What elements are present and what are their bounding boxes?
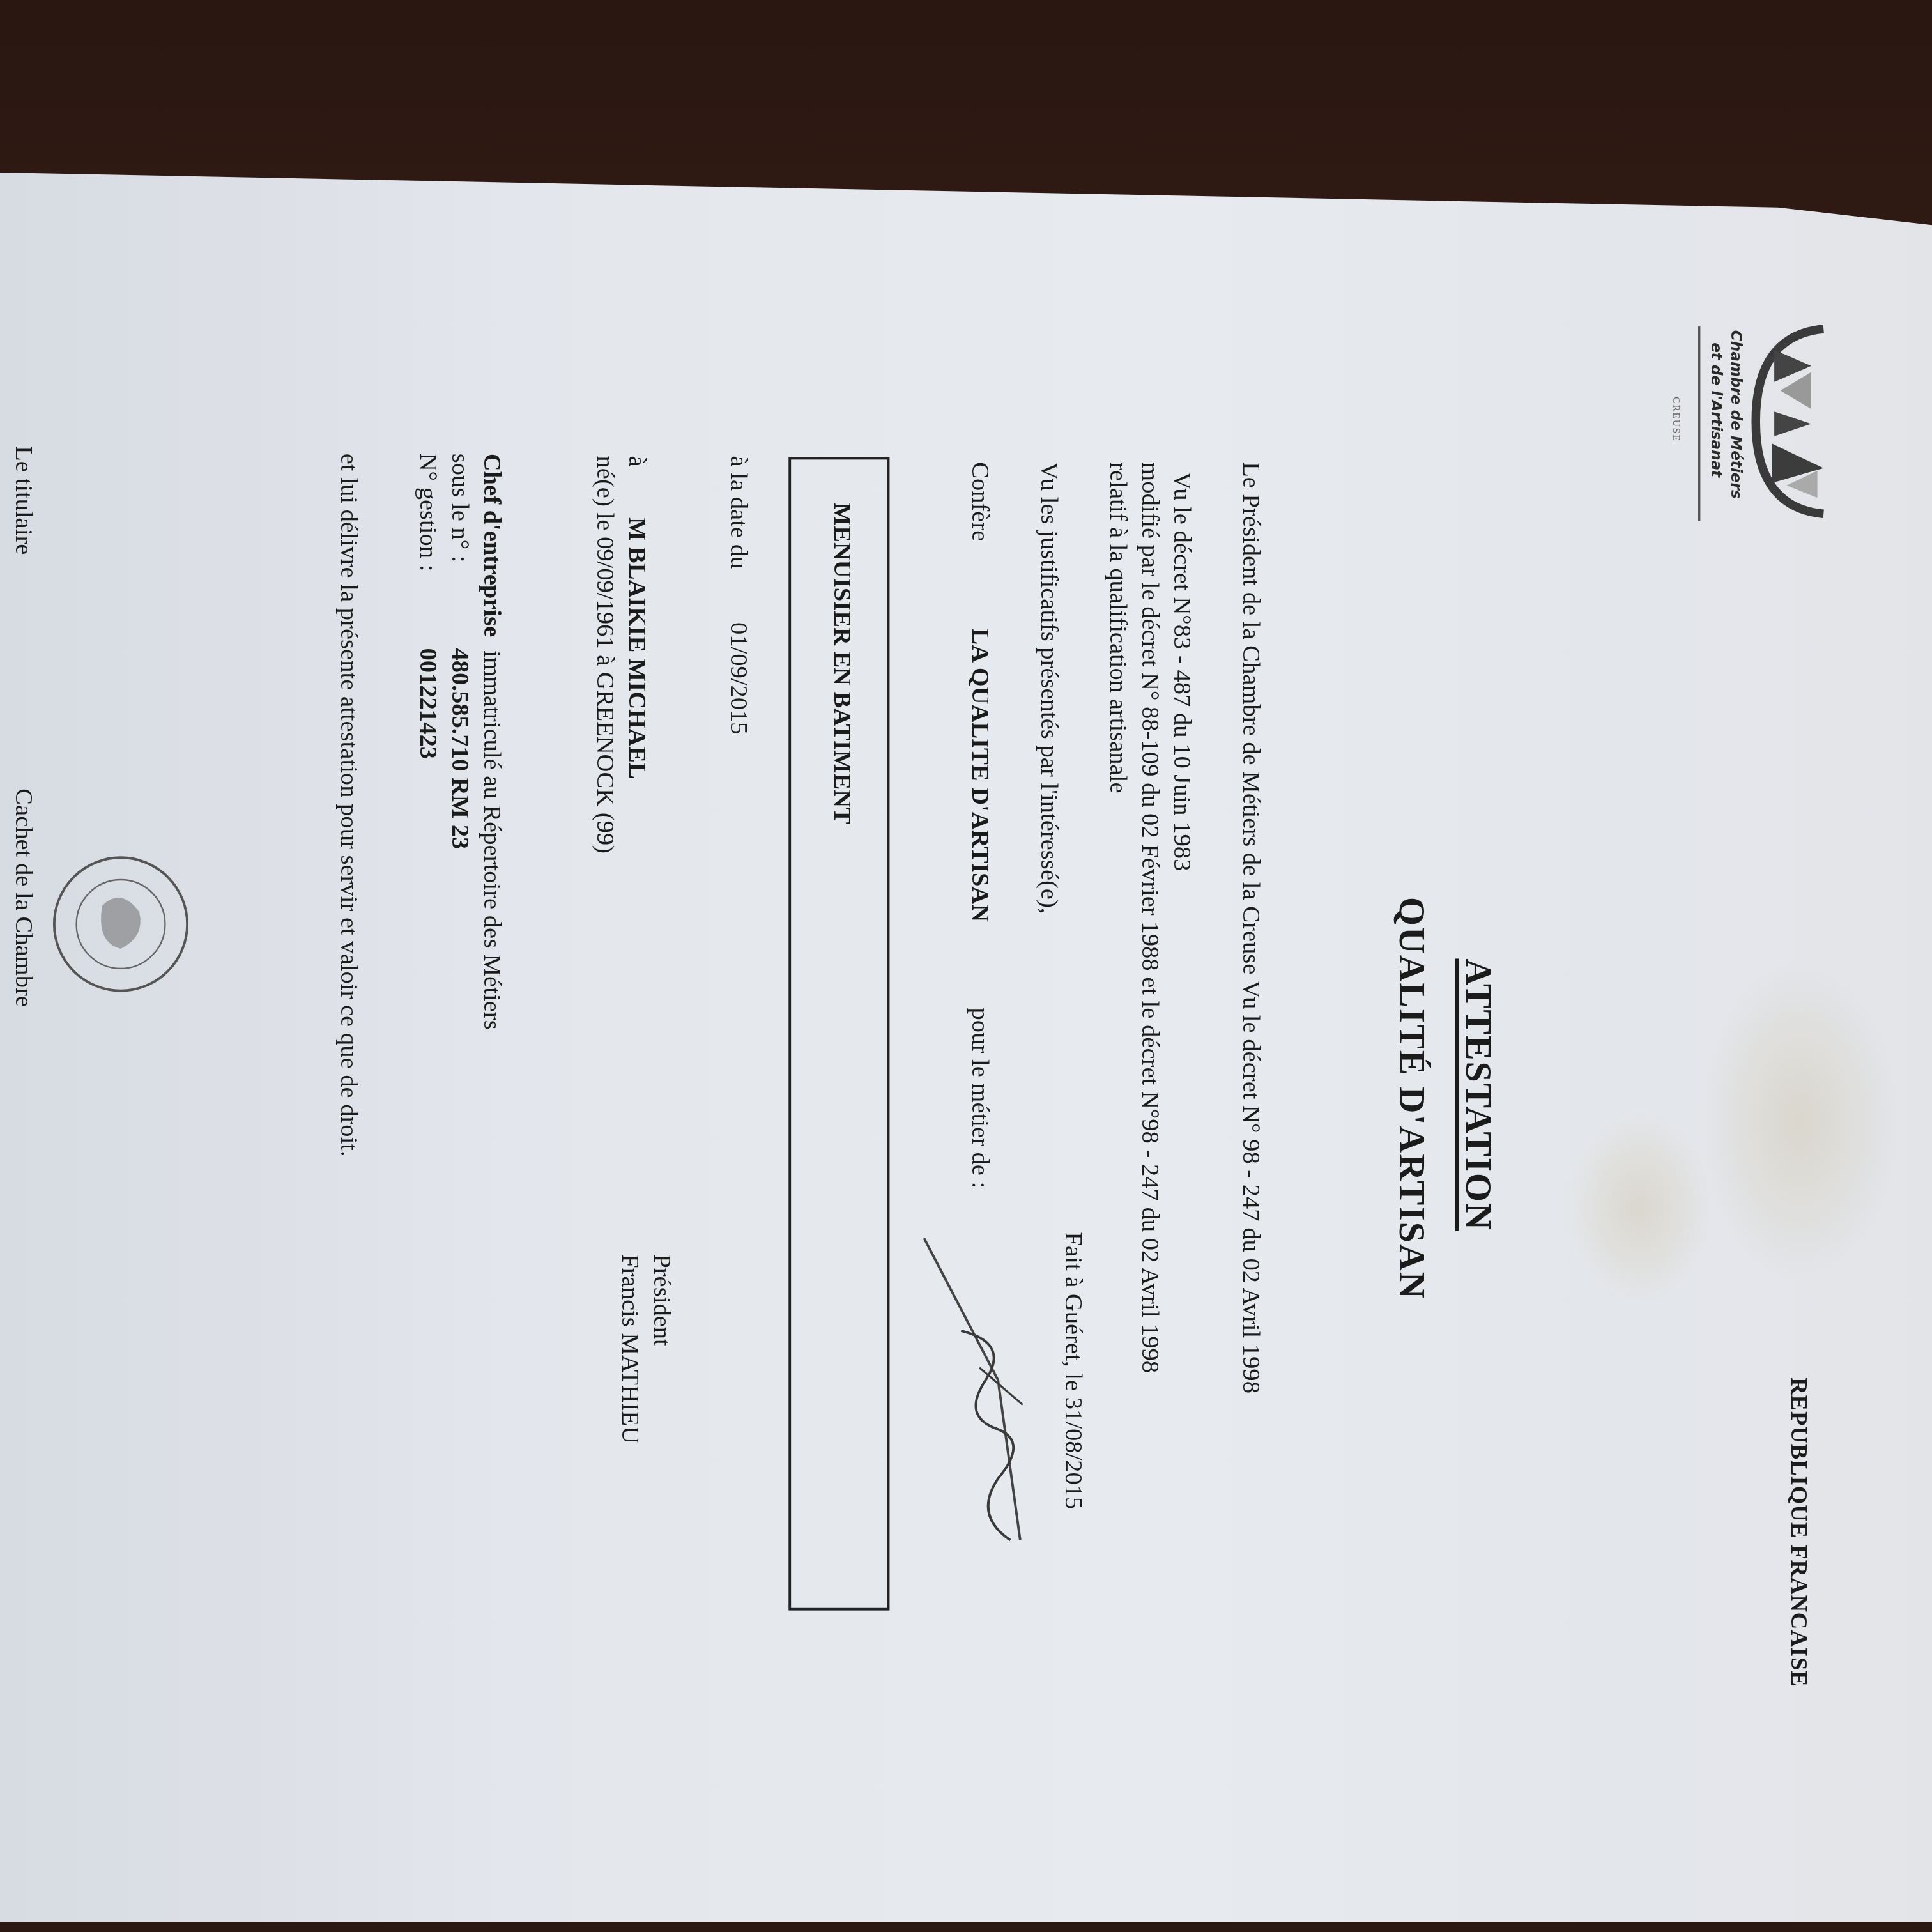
org-department: CREUSE bbox=[1671, 397, 1682, 442]
official-seal-icon bbox=[47, 850, 194, 998]
republic-heading: REPUBLIQUE FRANCAISE bbox=[1784, 1377, 1811, 1687]
paper-stain bbox=[1565, 1109, 1712, 1307]
a-label: à bbox=[622, 456, 650, 467]
org-name-line2: et de l'Artisanat bbox=[1708, 342, 1725, 477]
president-label: Président bbox=[647, 1254, 675, 1346]
decree-line-1: Vu le décret N°83 - 487 du 10 Juin 1983 bbox=[1167, 472, 1195, 871]
president-name: Francis MATHIEU bbox=[615, 1254, 643, 1444]
role-suffix: immatriculé au Répertoire des Métiers bbox=[477, 650, 505, 1029]
logo-divider bbox=[1698, 326, 1701, 521]
gestion-number: 001221423 bbox=[413, 648, 441, 759]
birth-info: né(e) le 09/09/1961 à GREENOCK (99) bbox=[590, 456, 618, 854]
decree-line-3: relatif à la qualification artisanale bbox=[1103, 462, 1131, 793]
metier-value: MENUISIER EN BATIMENT bbox=[827, 503, 855, 824]
role-label: Chef d'entreprise bbox=[477, 454, 505, 637]
cachet-label: Cachet de la Chambre bbox=[8, 788, 36, 1007]
place-date: Fait à Guéret, le 31/08/2015 bbox=[1059, 1232, 1087, 1510]
confere-suffix: pour le métier de : bbox=[965, 1008, 993, 1189]
date-label: à la date du bbox=[723, 456, 751, 569]
document-subtitle: QUALITÉ D'ARTISAN bbox=[1390, 897, 1432, 1299]
titulaire-label: Le titulaire bbox=[8, 446, 36, 555]
document-title: ATTESTATION bbox=[1457, 958, 1499, 1230]
photo-stage: Chambre de Métiers et de l'Artisanat CRE… bbox=[0, 0, 1932, 1932]
gestion-label: N° gestion : bbox=[413, 454, 441, 572]
intro-text: Le Président de la Chambre de Métiers de… bbox=[1236, 462, 1264, 1393]
cma-logo-icon bbox=[1750, 323, 1848, 520]
sous-label: sous le n° : bbox=[445, 454, 473, 563]
holder-name: M BLAIKIE MICHAEL bbox=[622, 517, 650, 779]
date-value: 01/09/2015 bbox=[723, 622, 751, 735]
handwritten-signature-icon bbox=[912, 1232, 1035, 1565]
closing-text: et lui délivre la présente attestation p… bbox=[334, 454, 362, 1157]
confere-value: LA QUALITE D'ARTISAN bbox=[965, 629, 993, 922]
registration-number: 480.585.710 RM 23 bbox=[445, 648, 473, 849]
decree-line-2: modifié par le décret N° 88-109 du 02 Fé… bbox=[1135, 462, 1163, 1373]
justificatifs-text: Vu les justificatifs présentés par l'int… bbox=[1034, 462, 1062, 914]
paper-stain bbox=[1700, 961, 1897, 1281]
org-name-line1: Chambre de Métiers bbox=[1728, 330, 1745, 499]
confere-label: Confère bbox=[965, 462, 993, 541]
